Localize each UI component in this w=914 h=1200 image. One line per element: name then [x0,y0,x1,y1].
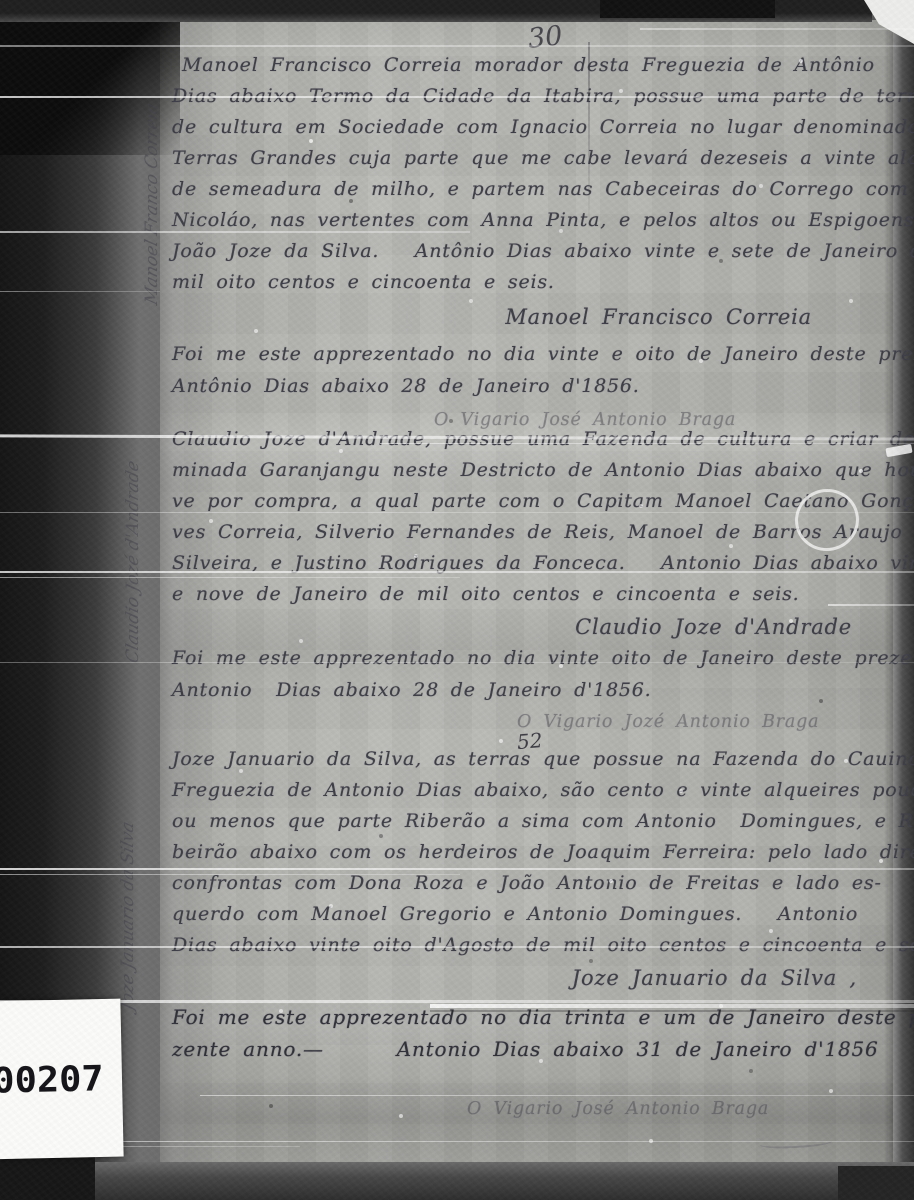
margin-name-entry-2: Claudio Jozé d'Andrade [123,410,143,715]
registry-entry-3: Joze Januario da Silva, as terras que po… [172,744,892,1125]
scan-scratch [0,512,914,513]
presentation-note-line: Antonio Dias abaixo 28 de Janeiro d'1856… [172,674,892,706]
presentation-note-line: zente anno.— Antonio Dias abaixo 31 de J… [172,1033,892,1065]
entry-line: Terras Grandes cuja parte que me cabe le… [172,143,892,174]
entry-line: Joze Januario da Silva, as terras que po… [172,744,892,775]
entry-signature: Manoel Francisco Correia [172,302,892,332]
entry-line: mil oito centos e cincoenta e seis. [172,267,892,298]
scan-scratch [430,1004,914,1008]
scan-scratch [0,96,914,98]
scan-scratch-shadow [430,1010,914,1012]
scan-top-notch [600,0,775,18]
scan-speckles-dark [0,0,2,2]
scanned-document-page: 30 52 Manoel Franco Correia Claudio Jozé… [0,0,914,1200]
scan-scratch [0,291,160,292]
entry-line: Silveira, e Justino Rodrigues da Fonceca… [172,548,892,579]
registry-entry-1: Manoel Francisco Correia morador desta F… [172,50,892,436]
presentation-note-line: Foi me este apprezentado no dia vinte e … [172,338,892,370]
scan-dark-corner [838,1166,914,1200]
scan-scratch [828,604,914,606]
entry-line: de semeadura de milho, e partem nas Cabe… [172,174,892,205]
stamp-number: 000207 [0,1058,104,1102]
scan-scratch [0,1141,914,1142]
scan-scratch [0,577,460,578]
scan-scratch [0,868,914,870]
registry-entry-2: Claudio Joze d'Andrade, possue uma Fazen… [172,424,892,738]
entry-line: ou menos que parte Riberão a sima com An… [172,806,892,837]
scan-scratch [0,231,470,233]
entry-line: ves Correia, Silverio Fernandes de Reis,… [172,517,892,548]
scan-scratch [0,1000,914,1003]
entry-line: querdo com Manoel Gregorio e Antonio Dom… [172,899,892,930]
entry-signature: Claudio Joze d'Andrade [172,612,892,642]
scan-scratch [380,443,914,444]
archive-stamp-label: 000207 [0,999,124,1160]
scan-scratch [0,874,460,875]
entry-line: beirão abaixo com os herdeiros de Joaqui… [172,837,892,868]
presentation-note-line: Foi me este apprezentado no dia vinte oi… [172,642,892,674]
entry-line: João Joze da Silva. Antônio Dias abaixo … [172,236,892,267]
entry-line: e nove de Janeiro de mil oito centos e c… [172,579,892,610]
entry-line: Freguezia de Antonio Dias abaixo, são ce… [172,775,892,806]
vicar-signature: O Vigario José Antonio Braga [172,1093,892,1125]
scan-scratch [0,946,914,948]
entry-line: minada Garanjangu neste Destricto de Ant… [172,455,892,486]
scan-scratch [0,662,914,663]
scan-scratch [0,45,914,47]
scan-bottom-band [0,1162,914,1200]
scan-scratch [200,1095,914,1096]
scan-scratch [0,571,914,573]
margin-name-entry-3: Joze Januario da Silva [118,764,138,1069]
entry-line: de cultura em Sociedade com Ignacio Corr… [172,112,892,143]
entry-signature: Joze Januario da Silva , [172,963,892,993]
scan-scratch [640,28,914,30]
entry-line: Manoel Francisco Correia morador desta F… [172,50,892,81]
vicar-signature: O Vigario Jozé Antonio Braga [172,706,892,738]
presentation-note-line: Antônio Dias abaixo 28 de Janeiro d'1856… [172,370,892,402]
entry-line: confrontas com Dona Roza e João Antonio … [172,868,892,899]
